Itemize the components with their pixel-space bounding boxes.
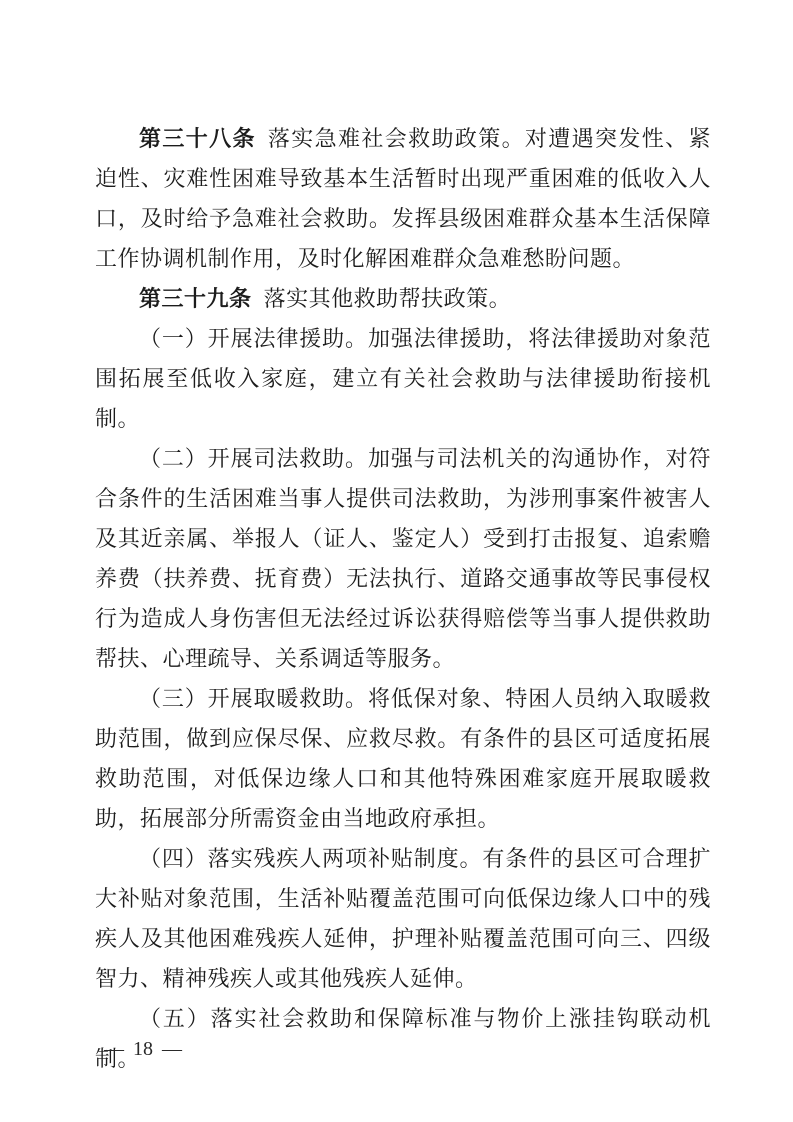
paragraph-text: 落实其他救助帮扶政策。	[264, 286, 512, 311]
footer-right-dash: —	[162, 1038, 182, 1061]
item-paragraph-4: （四）落实残疾人两项补贴制度。有条件的县区可合理扩大补贴对象范围，生活补贴覆盖范…	[95, 839, 711, 999]
document-body: 第三十八条落实急难社会救助政策。对遭遇突发性、紧迫性、灾难性困难导致基本生活暂时…	[95, 119, 711, 1079]
document-page: 第三十八条落实急难社会救助政策。对遭遇突发性、紧迫性、灾难性困难导致基本生活暂时…	[0, 0, 793, 1122]
page-number: 18	[133, 1038, 153, 1061]
article-number: 第三十八条	[139, 126, 256, 151]
paragraph-text: （一）开展法律援助。加强法律援助，将法律援助对象范围拓展至低收入家庭，建立有关社…	[95, 326, 711, 431]
item-paragraph-2: （二）开展司法救助。加强与司法机关的沟通协作，对符合条件的生活困难当事人提供司法…	[95, 439, 711, 679]
item-paragraph-1: （一）开展法律援助。加强法律援助，将法律援助对象范围拓展至低收入家庭，建立有关社…	[95, 319, 711, 439]
paragraph-text: （三）开展取暖救助。将低保对象、特困人员纳入取暖救助范围，做到应保尽保、应救尽救…	[95, 686, 711, 831]
article-paragraph-38: 第三十八条落实急难社会救助政策。对遭遇突发性、紧迫性、灾难性困难导致基本生活暂时…	[95, 119, 711, 279]
paragraph-text: （四）落实残疾人两项补贴制度。有条件的县区可合理扩大补贴对象范围，生活补贴覆盖范…	[95, 846, 711, 991]
item-paragraph-5: （五）落实社会救助和保障标准与物价上涨挂钩联动机制。	[95, 999, 711, 1079]
item-paragraph-3: （三）开展取暖救助。将低保对象、特困人员纳入取暖救助范围，做到应保尽保、应救尽救…	[95, 679, 711, 839]
paragraph-text: （二）开展司法救助。加强与司法机关的沟通协作，对符合条件的生活困难当事人提供司法…	[95, 446, 711, 671]
page-footer: — 18 —	[104, 1038, 182, 1061]
article-number: 第三十九条	[139, 286, 252, 311]
footer-left-dash: —	[104, 1038, 124, 1061]
paragraph-text: （五）落实社会救助和保障标准与物价上涨挂钩联动机制。	[95, 1006, 711, 1071]
article-paragraph-39: 第三十九条落实其他救助帮扶政策。	[95, 279, 711, 319]
